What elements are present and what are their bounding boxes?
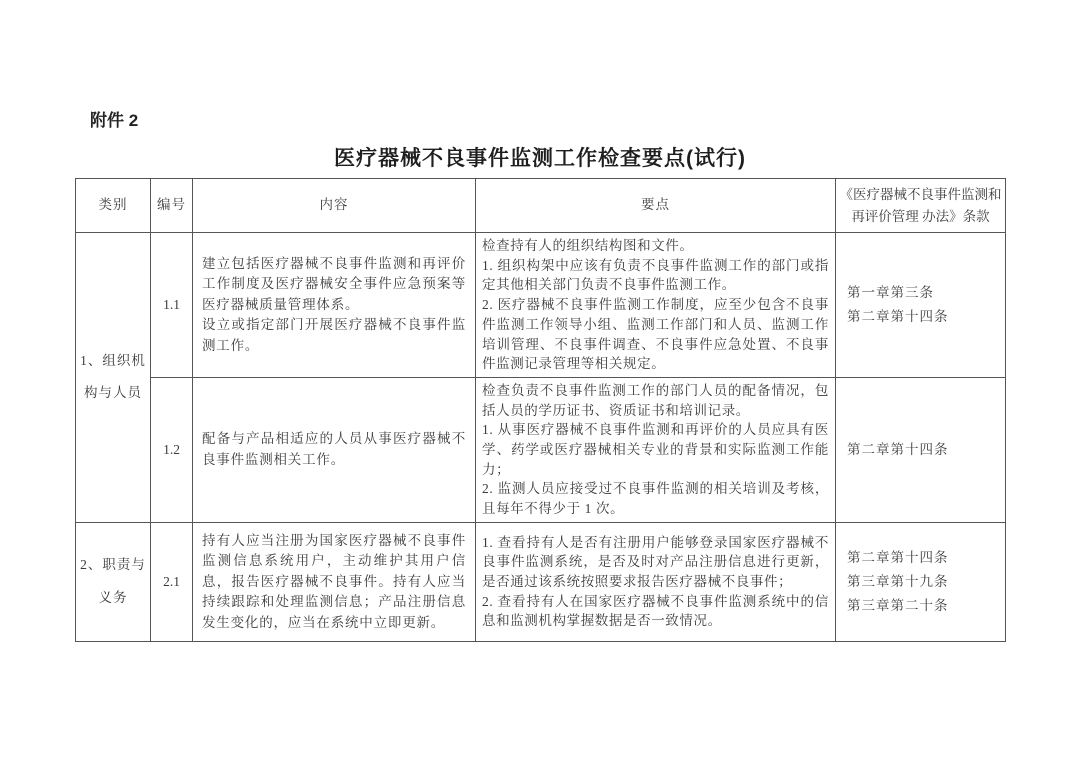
table-row: 1、组织机构与人员 1.1 建立包括医疗器械不良事件监测和再评价工作制度及医疗器… <box>76 233 1006 378</box>
col-header-content: 内容 <box>193 179 476 233</box>
cell-content-1-2: 配备与产品相适应的人员从事医疗器械不良事件监测相关工作。 <box>193 377 476 522</box>
table-row: 1.2 配备与产品相适应的人员从事医疗器械不良事件监测相关工作。 检查负责不良事… <box>76 377 1006 522</box>
cell-category-group-2: 2、职责与义务 <box>76 522 151 641</box>
cell-category-group-1: 1、组织机构与人员 <box>76 233 151 523</box>
table-row: 2、职责与义务 2.1 持有人应当注册为国家医疗器械不良事件监测信息系统用户，主… <box>76 522 1006 641</box>
cell-articles-1-1: 第一章第三条 第二章第十四条 <box>836 233 1006 378</box>
cell-content-1-1: 建立包括医疗器械不良事件监测和再评价工作制度及医疗器械安全事件应急预案等医疗器械… <box>193 233 476 378</box>
col-header-articles: 《医疗器械不良事件监测和再评价管理 办法》条款 <box>836 179 1006 233</box>
cell-number-1-2: 1.2 <box>151 377 193 522</box>
cell-keypoints-1-2: 检查负责不良事件监测工作的部门人员的配备情况，包括人员的学历证书、资质证书和培训… <box>476 377 836 522</box>
header-row: 类别 编号 内容 要点 《医疗器械不良事件监测和再评价管理 办法》条款 <box>76 179 1006 233</box>
attachment-label: 附件 2 <box>90 106 138 131</box>
cell-content-2-1: 持有人应当注册为国家医疗器械不良事件监测信息系统用户，主动维护其用户信息，报告医… <box>193 522 476 641</box>
cell-articles-1-2: 第二章第十四条 <box>836 377 1006 522</box>
inspection-table: 类别 编号 内容 要点 《医疗器械不良事件监测和再评价管理 办法》条款 1、组织… <box>75 178 1006 642</box>
page-title: 医疗器械不良事件监测工作检查要点(试行) <box>75 142 1005 172</box>
col-header-number: 编号 <box>151 179 193 233</box>
cell-articles-2-1: 第二章第十四条 第三章第十九条 第三章第二十条 <box>836 522 1006 641</box>
cell-keypoints-1-1: 检查持有人的组织结构图和文件。 1. 组织构架中应该有负责不良事件监测工作的部门… <box>476 233 836 378</box>
col-header-category: 类别 <box>76 179 151 233</box>
cell-keypoints-2-1: 1. 查看持有人是否有注册用户能够登录国家医疗器械不良事件监测系统，是否及时对产… <box>476 522 836 641</box>
cell-number-1-1: 1.1 <box>151 233 193 378</box>
cell-number-2-1: 2.1 <box>151 522 193 641</box>
col-header-keypoints: 要点 <box>476 179 836 233</box>
